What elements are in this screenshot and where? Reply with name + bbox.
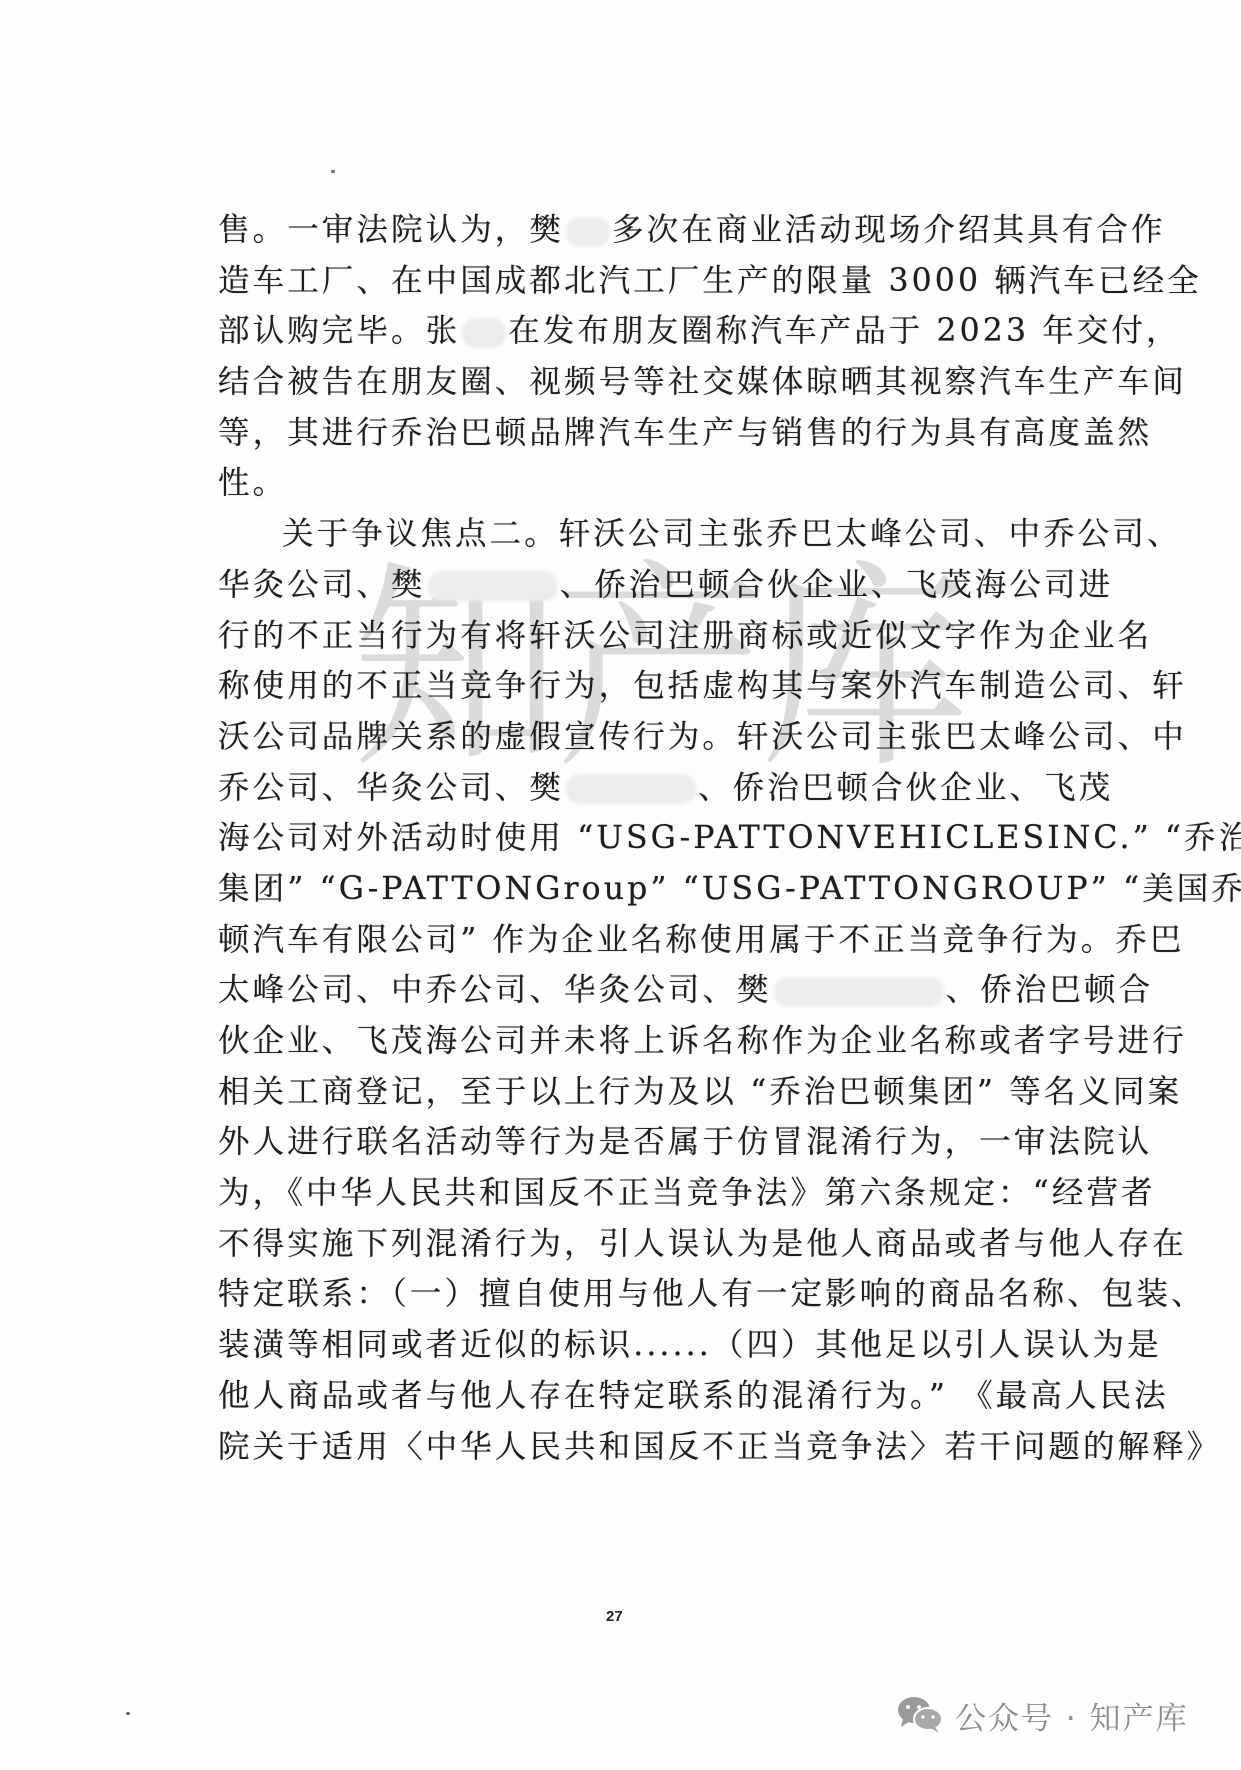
text-line: 院关于适用〈中华人民共和国反不正当竞争法〉若干问题的解释》 bbox=[218, 1422, 1028, 1473]
text-line: 为，《中华人民共和国反不正当竞争法》第六条规定：“经营者 bbox=[218, 1168, 1028, 1219]
text-segment: 沃公司品牌关系的虚假宣传行为。轩沃公司主张巴太峰公司、中 bbox=[218, 719, 1187, 755]
text-segment: 海公司对外活动时使用 “USG-PATTONVEHICLESINC.” “乔治巴… bbox=[218, 820, 1241, 856]
text-line: 行的不正当行为有将轩沃公司注册商标或近似文字作为企业名 bbox=[218, 611, 1028, 662]
text-line: 结合被告在朋友圈、视频号等社交媒体晾晒其视察汽车生产车间 bbox=[218, 357, 1028, 408]
text-segment: 等，其进行乔治巴顿品牌汽车生产与销售的行为具有高度盖然 bbox=[218, 415, 1152, 451]
text-line: 售。一审法院认为，樊多次在商业活动现场介绍其具有合作 bbox=[218, 205, 1028, 256]
text-segment: 、侨治巴顿合 bbox=[946, 972, 1154, 1008]
text-segment: 太峰公司、中乔公司、华灸公司、樊 bbox=[218, 972, 772, 1008]
redacted-name-block bbox=[462, 318, 506, 348]
text-segment: 华灸公司、樊 bbox=[218, 567, 426, 603]
text-line: 海公司对外活动时使用 “USG-PATTONVEHICLESINC.” “乔治巴… bbox=[218, 813, 1028, 864]
text-line: 顿汽车有限公司” 作为企业名称使用属于不正当竞争行为。乔巴 bbox=[218, 915, 1028, 966]
text-line: 集团” “G-PATTONGroup” “USG-PATTONGROUP” “美… bbox=[218, 864, 1028, 915]
text-line: 华灸公司、樊、侨治巴顿合伙企业、飞茂海公司进 bbox=[218, 560, 1028, 611]
text-line: 部认购完毕。张在发布朋友圈称汽车产品于 2023 年交付， bbox=[218, 306, 1028, 357]
text-segment: 称使用的不正当竞争行为，包括虚构其与案外汽车制造公司、轩 bbox=[218, 668, 1187, 704]
wechat-icon bbox=[895, 1694, 945, 1738]
text-line: 乔公司、华灸公司、樊、侨治巴顿合伙企业、飞茂 bbox=[218, 763, 1028, 814]
text-segment: 部认购完毕。张 bbox=[218, 313, 460, 349]
text-segment: 结合被告在朋友圈、视频号等社交媒体晾晒其视察汽车生产车间 bbox=[218, 364, 1187, 400]
scan-speck bbox=[331, 170, 335, 173]
redacted-name-block bbox=[774, 977, 944, 1007]
text-segment: 行的不正当行为有将轩沃公司注册商标或近似文字作为企业名 bbox=[218, 618, 1152, 654]
judgment-body-text: 售。一审法院认为，樊多次在商业活动现场介绍其具有合作造车工厂、在中国成都北汽工厂… bbox=[218, 205, 1028, 1472]
text-segment: 、侨治巴顿合伙企业、飞茂 bbox=[698, 770, 1113, 806]
redacted-name-block bbox=[428, 571, 558, 601]
page-number: 27 bbox=[606, 1608, 623, 1625]
text-line: 伙企业、飞茂海公司并未将上诉名称作为企业名称或者字号进行 bbox=[218, 1016, 1028, 1067]
text-segment: 特定联系：（一）擅自使用与他人有一定影响的商品名称、包装、 bbox=[218, 1276, 1206, 1312]
text-segment: 造车工厂、在中国成都北汽工厂生产的限量 3000 辆汽车已经全 bbox=[218, 263, 1202, 299]
text-segment: 伙企业、飞茂海公司并未将上诉名称作为企业名称或者字号进行 bbox=[218, 1023, 1187, 1059]
text-segment: 不得实施下列混淆行为，引人误认为是他人商品或者与他人存在 bbox=[218, 1226, 1187, 1262]
text-line: 性。 bbox=[218, 458, 1028, 509]
text-segment: 外人进行联名活动等行为是否属于仿冒混淆行为，一审法院认 bbox=[218, 1124, 1152, 1160]
text-segment: 乔公司、华灸公司、樊 bbox=[218, 770, 564, 806]
text-line: 他人商品或者与他人存在特定联系的混淆行为。” 《最高人民法 bbox=[218, 1371, 1028, 1422]
text-segment: 关于争议焦点二。轩沃公司主张乔巴太峰公司、中乔公司、 bbox=[282, 516, 1182, 552]
redacted-name-block bbox=[566, 217, 610, 247]
text-line: 相关工商登记，至于以上行为及以 “乔治巴顿集团” 等名义同案 bbox=[218, 1067, 1028, 1118]
text-segment: 他人商品或者与他人存在特定联系的混淆行为。” 《最高人民法 bbox=[218, 1378, 1169, 1414]
text-line: 装潢等相同或者近似的标识......（四）其他足以引人误认为是 bbox=[218, 1320, 1028, 1371]
text-segment: 在发布朋友圈称汽车产品于 2023 年交付， bbox=[508, 313, 1180, 349]
text-segment: 顿汽车有限公司” 作为企业名称使用属于不正当竞争行为。乔巴 bbox=[218, 922, 1185, 958]
text-line: 关于争议焦点二。轩沃公司主张乔巴太峰公司、中乔公司、 bbox=[218, 509, 1028, 560]
text-segment: 售。一审法院认为，樊 bbox=[218, 212, 564, 248]
text-segment: 性。 bbox=[218, 465, 287, 501]
text-line: 沃公司品牌关系的虚假宣传行为。轩沃公司主张巴太峰公司、中 bbox=[218, 712, 1028, 763]
text-line: 造车工厂、在中国成都北汽工厂生产的限量 3000 辆汽车已经全 bbox=[218, 256, 1028, 307]
footer-account-label: 公众号 · 知产库 bbox=[955, 1693, 1189, 1738]
text-segment: 、侨治巴顿合伙企业、飞茂海公司进 bbox=[560, 567, 1114, 603]
text-line: 不得实施下列混淆行为，引人误认为是他人商品或者与他人存在 bbox=[218, 1219, 1028, 1270]
text-segment: 相关工商登记，至于以上行为及以 “乔治巴顿集团” 等名义同案 bbox=[218, 1074, 1182, 1110]
wechat-account-footer: 公众号 · 知产库 bbox=[895, 1693, 1189, 1738]
text-line: 称使用的不正当竞争行为，包括虚构其与案外汽车制造公司、轩 bbox=[218, 661, 1028, 712]
text-line: 太峰公司、中乔公司、华灸公司、樊、侨治巴顿合 bbox=[218, 965, 1028, 1016]
redacted-name-block bbox=[566, 774, 696, 804]
text-segment: 集团” “G-PATTONGroup” “USG-PATTONGROUP” “美… bbox=[218, 871, 1241, 907]
text-line: 等，其进行乔治巴顿品牌汽车生产与销售的行为具有高度盖然 bbox=[218, 408, 1028, 459]
text-segment: 为，《中华人民共和国反不正当竞争法》第六条规定：“经营者 bbox=[218, 1175, 1156, 1211]
text-segment: 装潢等相同或者近似的标识......（四）其他足以引人误认为是 bbox=[218, 1327, 1162, 1363]
text-segment: 多次在商业活动现场介绍其具有合作 bbox=[612, 212, 1166, 248]
scanned-document-page: 知产库 售。一审法院认为，樊多次在商业活动现场介绍其具有合作造车工厂、在中国成都… bbox=[0, 0, 1241, 1770]
scan-speck bbox=[126, 1712, 130, 1715]
text-line: 外人进行联名活动等行为是否属于仿冒混淆行为，一审法院认 bbox=[218, 1117, 1028, 1168]
text-line: 特定联系：（一）擅自使用与他人有一定影响的商品名称、包装、 bbox=[218, 1269, 1028, 1320]
text-segment: 院关于适用〈中华人民共和国反不正当竞争法〉若干问题的解释》 bbox=[218, 1429, 1221, 1465]
